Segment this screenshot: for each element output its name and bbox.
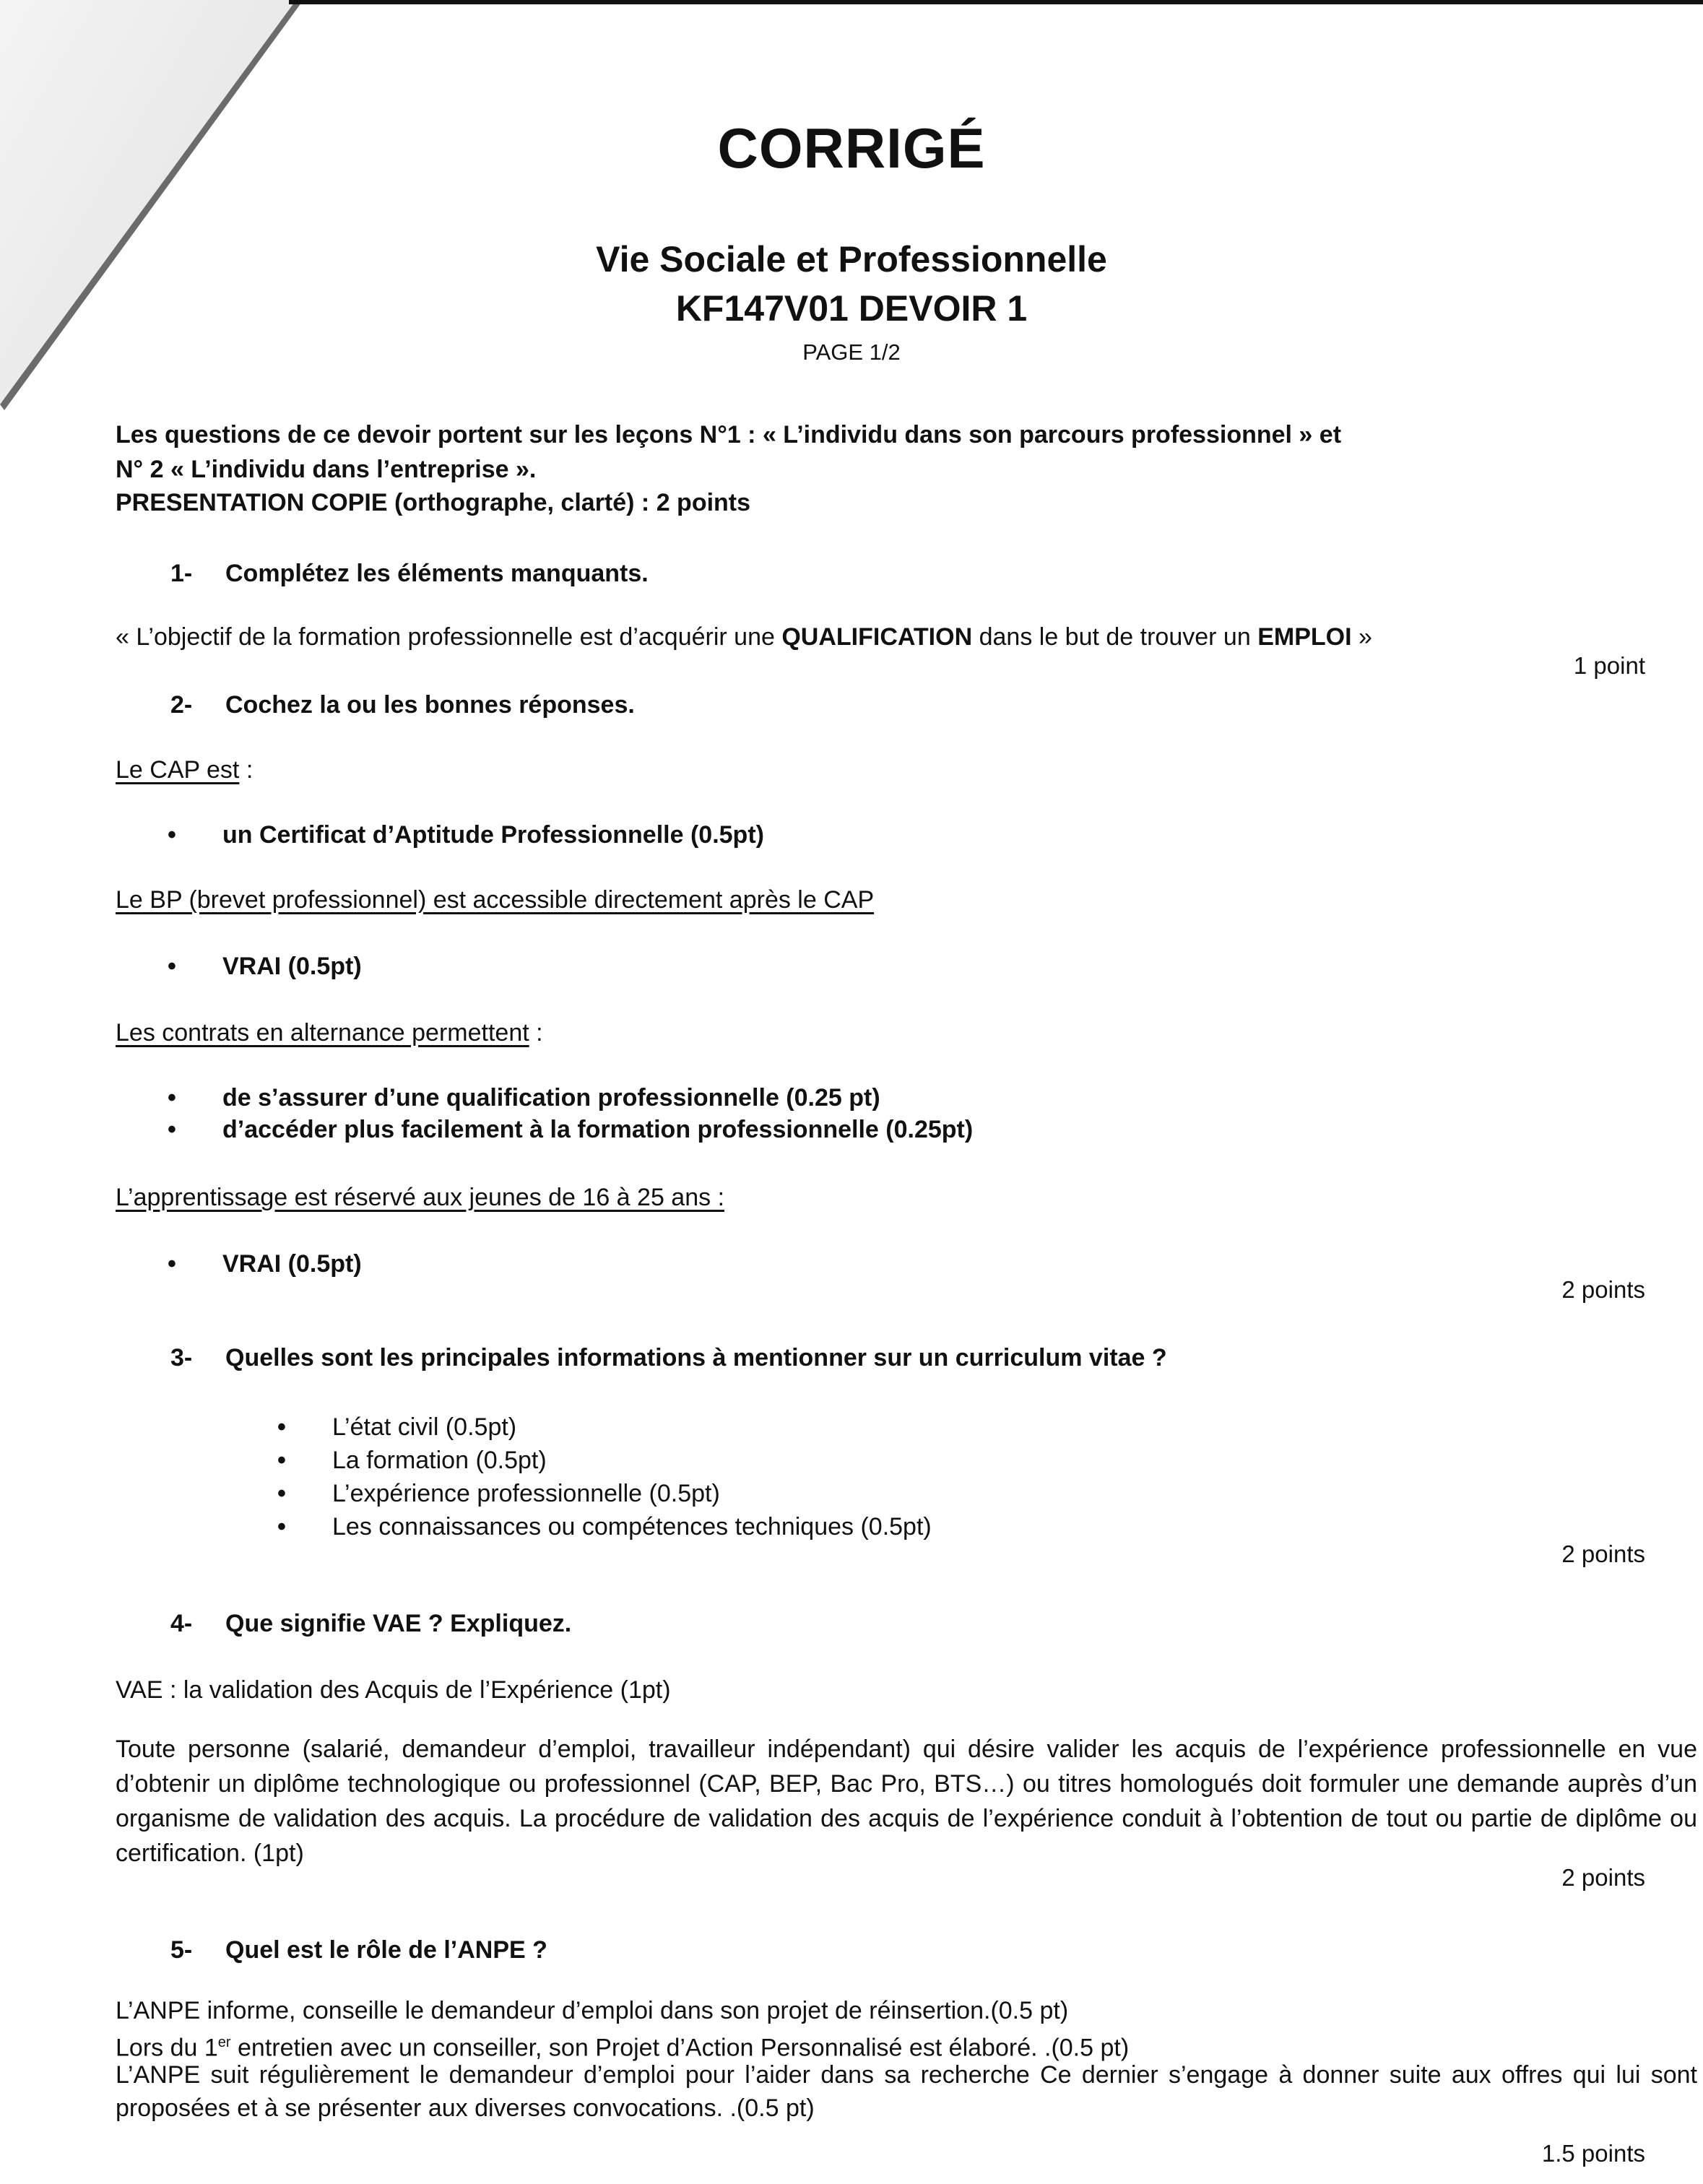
- q5-points: 1.5 points: [1542, 2138, 1645, 2170]
- q2-answer-alternance-1: •de s’assurer d’une qualification profes…: [168, 1082, 880, 1114]
- prompt-text: L’apprentissage est réservé aux jeunes d…: [116, 1184, 724, 1211]
- ordinal-superscript: er: [218, 2034, 231, 2050]
- prompt-text: Le CAP est: [116, 756, 239, 784]
- question-number: 3-: [170, 1342, 225, 1374]
- answer-keyword-emploi: EMPLOI: [1257, 623, 1351, 651]
- q3-answer-1: •L’état civil (0.5pt): [277, 1411, 516, 1443]
- answer-text: VRAI (0.5pt): [222, 1250, 362, 1278]
- bullet-icon: •: [168, 819, 222, 851]
- document-title: CORRIGÉ: [0, 116, 1703, 181]
- answer-text: VRAI (0.5pt): [222, 953, 362, 980]
- question-number: 4-: [170, 1608, 225, 1639]
- answer-text: La formation (0.5pt): [332, 1447, 547, 1474]
- scan-top-edge: [289, 0, 1703, 4]
- bullet-icon: •: [168, 1114, 222, 1145]
- bullet-icon: •: [168, 1082, 222, 1114]
- question-text: Que signifie VAE ? Expliquez.: [225, 1610, 571, 1637]
- bullet-icon: •: [277, 1478, 332, 1509]
- q1-answer: « L’objectif de la formation professionn…: [116, 621, 1372, 653]
- question-number: 1-: [170, 558, 225, 589]
- q2-prompt-alternance: Les contrats en alternance permettent :: [116, 1017, 543, 1049]
- q4-explanation: Toute personne (salarié, demandeur d’emp…: [116, 1732, 1697, 1871]
- bullet-icon: •: [277, 1411, 332, 1443]
- answer-text: « L’objectif de la formation professionn…: [116, 623, 781, 651]
- q3-answer-4: •Les connaissances ou compétences techni…: [277, 1511, 932, 1543]
- q2-answer-bp: •VRAI (0.5pt): [168, 950, 362, 982]
- assignment-code: KF147V01 DEVOIR 1: [0, 287, 1703, 329]
- q2-answer-alternance-2: •d’accéder plus facilement à la formatio…: [168, 1114, 973, 1145]
- question-text: Cochez la ou les bonnes réponses.: [225, 691, 635, 719]
- answer-text: dans le but de trouver un: [972, 623, 1257, 651]
- question-text: Quelles sont les principales information…: [225, 1344, 1167, 1371]
- q2-prompt-apprentissage: L’apprentissage est réservé aux jeunes d…: [116, 1182, 724, 1213]
- q2-prompt-cap: Le CAP est :: [116, 754, 253, 786]
- answer-text: Les connaissances ou compétences techniq…: [332, 1513, 932, 1540]
- answer-text: un Certificat d’Aptitude Professionnelle…: [222, 821, 764, 849]
- bullet-icon: •: [168, 950, 222, 982]
- q3-points: 2 points: [1561, 1538, 1645, 1570]
- question-2: 2-Cochez la ou les bonnes réponses.: [170, 689, 635, 721]
- answer-text: entretien avec un conseiller, son Projet…: [231, 2034, 1130, 2061]
- folded-page-corner: [0, 0, 303, 433]
- question-text: Complétez les éléments manquants.: [225, 560, 649, 587]
- page-indicator: PAGE 1/2: [0, 339, 1703, 365]
- q3-answer-2: •La formation (0.5pt): [277, 1444, 547, 1476]
- intro-line-1: Les questions de ce devoir portent sur l…: [116, 419, 1341, 451]
- q4-definition: VAE : la validation des Acquis de l’Expé…: [116, 1674, 671, 1706]
- question-4: 4-Que signifie VAE ? Expliquez.: [170, 1608, 571, 1639]
- answer-text: d’accéder plus facilement à la formation…: [222, 1116, 973, 1143]
- prompt-suffix: :: [529, 1019, 543, 1046]
- question-number: 5-: [170, 1934, 225, 1966]
- q2-answer-apprentissage: •VRAI (0.5pt): [168, 1248, 362, 1280]
- subject-title: Vie Sociale et Professionnelle: [0, 238, 1703, 280]
- prompt-suffix: :: [239, 756, 253, 784]
- answer-text: L’expérience professionnelle (0.5pt): [332, 1480, 720, 1507]
- answer-text: »: [1352, 623, 1372, 651]
- bullet-icon: •: [168, 1248, 222, 1280]
- intro-line-2: N° 2 « L’individu dans l’entreprise ».: [116, 454, 536, 485]
- q3-answer-3: •L’expérience professionnelle (0.5pt): [277, 1478, 720, 1509]
- prompt-text: Le BP (brevet professionnel) est accessi…: [116, 886, 874, 914]
- q4-points: 2 points: [1561, 1862, 1645, 1894]
- question-text: Quel est le rôle de l’ANPE ?: [225, 1936, 547, 1964]
- question-5: 5-Quel est le rôle de l’ANPE ?: [170, 1934, 547, 1966]
- bullet-icon: •: [277, 1444, 332, 1476]
- question-number: 2-: [170, 689, 225, 721]
- question-3: 3-Quelles sont les principales informati…: [170, 1342, 1167, 1374]
- q2-prompt-bp: Le BP (brevet professionnel) est accessi…: [116, 884, 874, 916]
- answer-text: Lors du 1: [116, 2034, 218, 2061]
- q5-line-3: L’ANPE suit régulièrement le demandeur d…: [116, 2058, 1697, 2125]
- answer-keyword-qualification: QUALIFICATION: [781, 623, 972, 651]
- answer-text: de s’assurer d’une qualification profess…: [222, 1084, 880, 1111]
- q2-answer-cap: •un Certificat d’Aptitude Professionnell…: [168, 819, 764, 851]
- presentation-points: PRESENTATION COPIE (orthographe, clarté)…: [116, 487, 750, 519]
- answer-text: L’état civil (0.5pt): [332, 1413, 516, 1441]
- q5-line-1: L’ANPE informe, conseille le demandeur d…: [116, 1995, 1068, 2027]
- q1-points: 1 point: [1574, 650, 1645, 682]
- q2-points: 2 points: [1561, 1274, 1645, 1306]
- prompt-text: Les contrats en alternance permettent: [116, 1019, 529, 1046]
- question-1: 1-Complétez les éléments manquants.: [170, 558, 649, 589]
- bullet-icon: •: [277, 1511, 332, 1543]
